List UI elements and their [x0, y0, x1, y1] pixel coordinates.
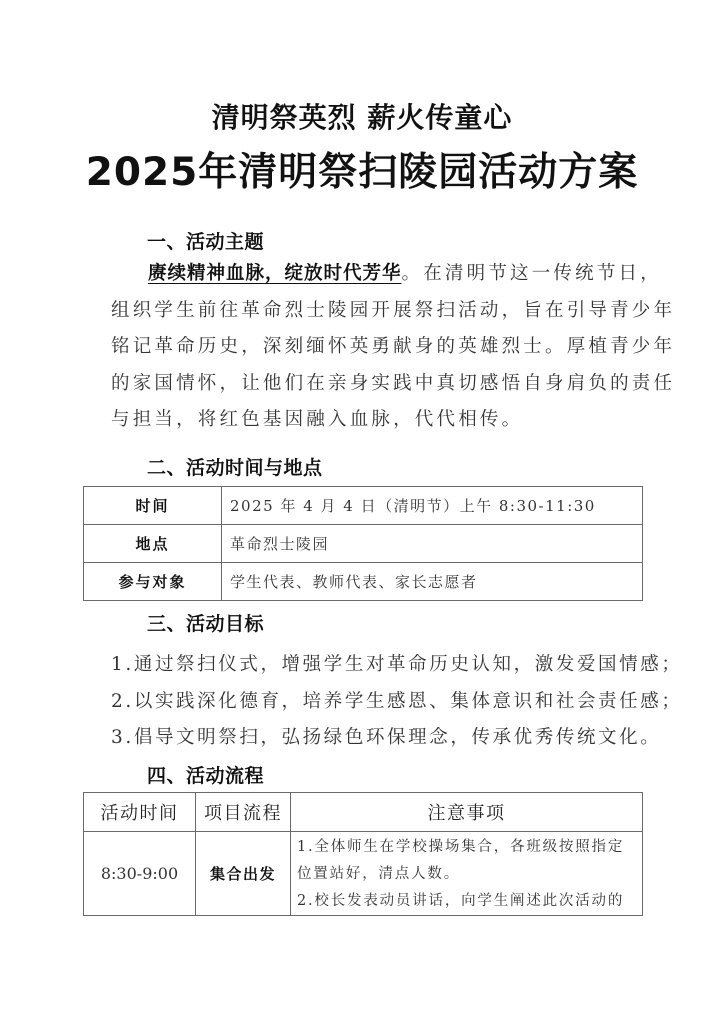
section-heading-goals: 三、活动目标 — [147, 611, 264, 637]
section-heading-time-place: 二、活动时间与地点 — [147, 455, 323, 481]
flow-notes-cell: 1.全体师生在学校操场集合，各班级按照指定 位置站好，清点人数。 2.校长发表动… — [291, 832, 643, 916]
note-line: 2.校长发表动员讲话，向学生阐述此次活动的 — [297, 888, 638, 915]
theme-paragraph: 赓续精神血脉，绽放时代芳华。在清明节这一传统节日， 组织学生前往革命烈士陵园开展… — [111, 256, 631, 439]
flow-time-cell: 8:30-9:00 — [84, 832, 196, 916]
section-heading-flow: 四、活动流程 — [147, 763, 264, 789]
document-page: 清明祭英烈 薪火传童心 2025年清明祭扫陵园活动方案 一、活动主题 赓续精神血… — [0, 0, 724, 1024]
row-value-participants: 学生代表、教师代表、家长志愿者 — [222, 563, 643, 601]
goal-item: 3.倡导文明祭扫，弘扬绿色环保理念，传承优秀传统文化。 — [111, 720, 682, 757]
document-title: 2025年清明祭扫陵园活动方案 — [0, 147, 724, 199]
theme-line-3: 铭记革命历史，深刻缅怀英勇献身的英雄烈士。厚植青少年 — [111, 329, 631, 366]
column-header-time: 活动时间 — [84, 793, 196, 832]
flow-item-cell: 集合出发 — [196, 832, 291, 916]
column-header-notes: 注意事项 — [291, 793, 643, 832]
theme-lead-slogan: 赓续精神血脉，绽放时代芳华 — [148, 263, 402, 284]
column-header-item: 项目流程 — [196, 793, 291, 832]
section-heading-theme: 一、活动主题 — [147, 229, 264, 255]
table-row: 时间 2025 年 4 月 4 日（清明节）上午 8:30-11:30 — [84, 487, 643, 525]
note-line: 1.全体师生在学校操场集合，各班级按照指定 — [297, 834, 638, 861]
row-label-participants: 参与对象 — [84, 563, 222, 601]
table-row: 地点 革命烈士陵园 — [84, 525, 643, 563]
table-header-row: 活动时间 项目流程 注意事项 — [84, 793, 643, 832]
theme-line-4: 的家国情怀，让他们在亲身实践中真切感悟自身肩负的责任 — [111, 366, 631, 403]
row-value-place: 革命烈士陵园 — [222, 525, 643, 563]
theme-line-1: 赓续精神血脉，绽放时代芳华。在清明节这一传统节日， — [111, 256, 631, 293]
goals-list: 1.通过祭扫仪式，增强学生对革命历史认知，激发爱国情感； 2.以实践深化德育，培… — [111, 647, 682, 757]
document-subtitle: 清明祭英烈 薪火传童心 — [0, 98, 724, 138]
time-place-table: 时间 2025 年 4 月 4 日（清明节）上午 8:30-11:30 地点 革… — [83, 486, 643, 601]
goal-item: 2.以实践深化德育，培养学生感恩、集体意识和社会责任感； — [111, 684, 682, 721]
row-label-time: 时间 — [84, 487, 222, 525]
row-value-time: 2025 年 4 月 4 日（清明节）上午 8:30-11:30 — [222, 487, 643, 525]
flow-table: 活动时间 项目流程 注意事项 8:30-9:00 集合出发 1.全体师生在学校操… — [83, 792, 643, 916]
table-row: 参与对象 学生代表、教师代表、家长志愿者 — [84, 563, 643, 601]
row-label-place: 地点 — [84, 525, 222, 563]
theme-line-5: 与担当，将红色基因融入血脉，代代相传。 — [111, 402, 631, 439]
theme-line-2: 组织学生前往革命烈士陵园开展祭扫活动，旨在引导青少年 — [111, 293, 631, 330]
table-row: 8:30-9:00 集合出发 1.全体师生在学校操场集合，各班级按照指定 位置站… — [84, 832, 643, 916]
note-line: 位置站好，清点人数。 — [297, 861, 638, 888]
goal-item: 1.通过祭扫仪式，增强学生对革命历史认知，激发爱国情感； — [111, 647, 682, 684]
